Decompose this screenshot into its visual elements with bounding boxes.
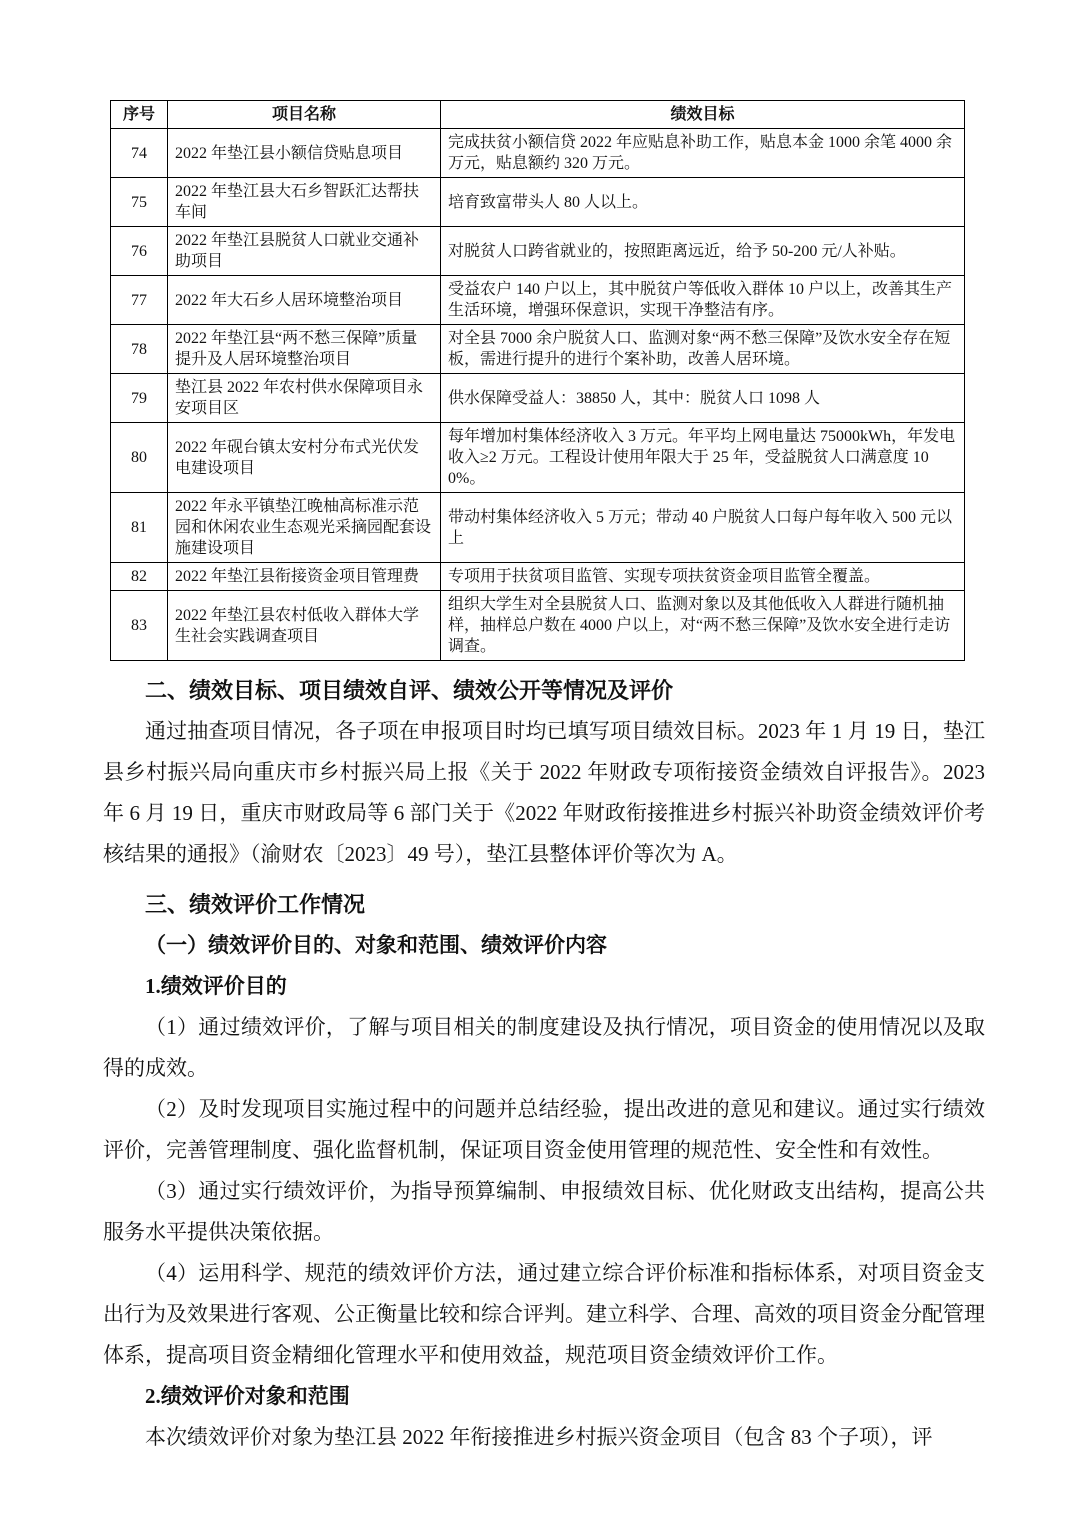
paragraph-purpose-2: （2）及时发现项目实施过程中的问题并总结经验，提出改进的意见和建议。通过实行绩效…: [103, 1089, 985, 1171]
table-row: 76 2022 年垫江县脱贫人口就业交通补助项目 对脱贫人口跨省就业的，按照距离…: [111, 227, 965, 276]
paragraph-purpose-1: （1）通过绩效评价，了解与项目相关的制度建设及执行情况，项目资金的使用情况以及取…: [103, 1007, 985, 1089]
performance-target: 每年增加村集体经济收入 3 万元。年平均上网电量达 75000kWh，年发电收入…: [441, 423, 965, 493]
performance-target: 带动村集体经济收入 5 万元；带动 40 户脱贫人口每户每年收入 500 元以上: [441, 493, 965, 563]
paragraph-section2: 通过抽查项目情况，各子项在申报项目时均已填写项目绩效目标。2023 年 1 月 …: [103, 711, 985, 875]
row-index: 77: [111, 276, 168, 325]
column-header-index: 序号: [111, 101, 168, 129]
column-header-project-name: 项目名称: [168, 101, 441, 129]
performance-target: 培育致富带头人 80 人以上。: [441, 178, 965, 227]
table-header-row: 序号 项目名称 绩效目标: [111, 101, 965, 129]
performance-target: 完成扶贫小额信贷 2022 年应贴息补助工作，贴息本金 1000 余笔 4000…: [441, 129, 965, 178]
subheading-eval-purpose: 1.绩效评价目的: [103, 966, 985, 1007]
row-index: 83: [111, 591, 168, 661]
section-heading-3: 三、绩效评价工作情况: [103, 884, 985, 925]
table-row: 74 2022 年垫江县小额信贷贴息项目 完成扶贫小额信贷 2022 年应贴息补…: [111, 129, 965, 178]
row-index: 76: [111, 227, 168, 276]
performance-target: 对全县 7000 余户脱贫人口、监测对象“两不愁三保障”及饮水安全存在短板，需进…: [441, 325, 965, 374]
section-heading-2: 二、绩效目标、项目绩效自评、绩效公开等情况及评价: [103, 670, 985, 711]
subheading-eval-scope: 2.绩效评价对象和范围: [103, 1376, 985, 1417]
project-name: 2022 年垫江县大石乡智跃汇达帮扶车间: [168, 178, 441, 227]
row-index: 75: [111, 178, 168, 227]
row-index: 80: [111, 423, 168, 493]
table-row: 83 2022 年垫江县农村低收入群体大学生社会实践调查项目 组织大学生对全县脱…: [111, 591, 965, 661]
performance-target: 受益农户 140 户以上，其中脱贫户等低收入群体 10 户以上，改善其生产生活环…: [441, 276, 965, 325]
document-page: 序号 项目名称 绩效目标 74 2022 年垫江县小额信贷贴息项目 完成扶贫小额…: [0, 0, 1074, 1520]
table-row: 79 垫江县 2022 年农村供水保障项目永安项目区 供水保障受益人：38850…: [111, 374, 965, 423]
table-row: 82 2022 年垫江县衔接资金项目管理费 专项用于扶贫项目监管、实现专项扶贫资…: [111, 563, 965, 591]
row-index: 78: [111, 325, 168, 374]
project-name: 垫江县 2022 年农村供水保障项目永安项目区: [168, 374, 441, 423]
table-row: 78 2022 年垫江县“两不愁三保障”质量提升及人居环境整治项目 对全县 70…: [111, 325, 965, 374]
project-name: 2022 年垫江县脱贫人口就业交通补助项目: [168, 227, 441, 276]
table-row: 77 2022 年大石乡人居环境整治项目 受益农户 140 户以上，其中脱贫户等…: [111, 276, 965, 325]
row-index: 81: [111, 493, 168, 563]
paragraph-purpose-4: （4）运用科学、规范的绩效评价方法，通过建立综合评价标准和指标体系，对项目资金支…: [103, 1253, 985, 1376]
project-name: 2022 年垫江县小额信贷贴息项目: [168, 129, 441, 178]
project-performance-table: 序号 项目名称 绩效目标 74 2022 年垫江县小额信贷贴息项目 完成扶贫小额…: [110, 100, 965, 661]
performance-target: 专项用于扶贫项目监管、实现专项扶贫资金项目监管全覆盖。: [441, 563, 965, 591]
project-name: 2022 年大石乡人居环境整治项目: [168, 276, 441, 325]
project-name: 2022 年砚台镇太安村分布式光伏发电建设项目: [168, 423, 441, 493]
table-row: 81 2022 年永平镇垫江晚柚高标准示范园和休闲农业生态观光采摘园配套设施建设…: [111, 493, 965, 563]
paragraph-purpose-3: （3）通过实行绩效评价，为指导预算编制、申报绩效目标、优化财政支出结构，提高公共…: [103, 1171, 985, 1253]
project-name: 2022 年垫江县农村低收入群体大学生社会实践调查项目: [168, 591, 441, 661]
project-name: 2022 年垫江县“两不愁三保障”质量提升及人居环境整治项目: [168, 325, 441, 374]
project-name: 2022 年垫江县衔接资金项目管理费: [168, 563, 441, 591]
paragraph-scope-1: 本次绩效评价对象为垫江县 2022 年衔接推进乡村振兴资金项目（包含 83 个子…: [103, 1417, 985, 1458]
table-row: 80 2022 年砚台镇太安村分布式光伏发电建设项目 每年增加村集体经济收入 3…: [111, 423, 965, 493]
performance-target: 组织大学生对全县脱贫人口、监测对象以及其他低收入人群进行随机抽样，抽样总户数在 …: [441, 591, 965, 661]
row-index: 82: [111, 563, 168, 591]
row-index: 74: [111, 129, 168, 178]
column-header-performance-target: 绩效目标: [441, 101, 965, 129]
project-name: 2022 年永平镇垫江晚柚高标准示范园和休闲农业生态观光采摘园配套设施建设项目: [168, 493, 441, 563]
table-row: 75 2022 年垫江县大石乡智跃汇达帮扶车间 培育致富带头人 80 人以上。: [111, 178, 965, 227]
row-index: 79: [111, 374, 168, 423]
performance-target: 供水保障受益人：38850 人，其中：脱贫人口 1098 人: [441, 374, 965, 423]
subsection-heading-3-1: （一）绩效评价目的、对象和范围、绩效评价内容: [103, 925, 985, 966]
performance-target: 对脱贫人口跨省就业的，按照距离远近，给予 50-200 元/人补贴。: [441, 227, 965, 276]
